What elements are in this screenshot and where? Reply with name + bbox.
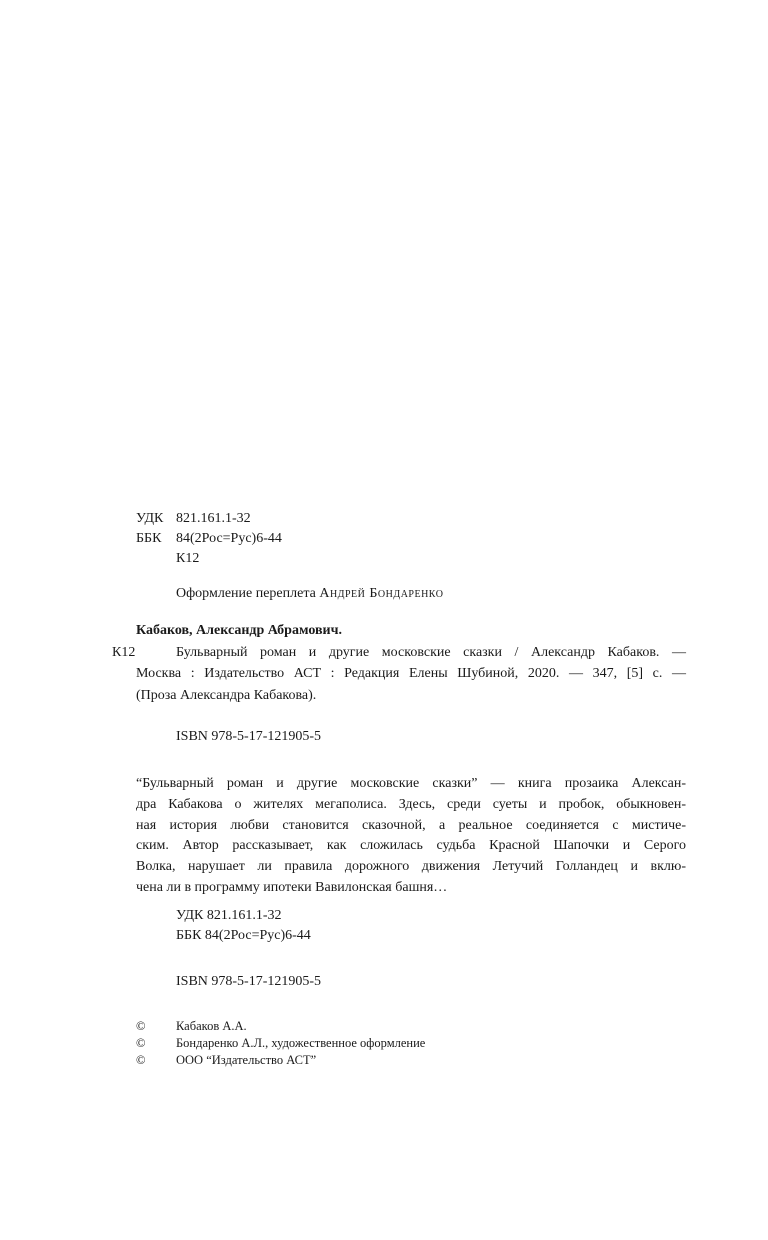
udk-label: УДК — [136, 509, 176, 529]
biblio-line-3: (Проза Александра Кабакова). — [136, 685, 686, 707]
cover-designer-name: Андрей Бондаренко — [319, 586, 443, 601]
udk-line: УДК821.161.1-32 — [136, 509, 251, 529]
annotation-line-2: дра Кабакова о жителях мегаполиса. Здесь… — [136, 795, 686, 816]
bbk-value: 84(2Рос=Рус)6-44 — [176, 531, 282, 546]
bbk-line: ББК84(2Рос=Рус)6-44 — [136, 529, 282, 549]
margin-author-mark: К12 — [112, 642, 135, 664]
cover-design-credit: Оформление переплета Андрей Бондаренко — [176, 584, 443, 604]
footer-udk: УДК 821.161.1-32 — [176, 906, 282, 926]
isbn-record: ISBN 978-5-17-121905-5 — [176, 727, 321, 747]
annotation-line-3: ная история любви становится сказочной, … — [136, 816, 686, 837]
copyright-holder: ООО “Издательство АСТ” — [176, 1051, 316, 1070]
footer-bbk: ББК 84(2Рос=Рус)6-44 — [176, 926, 311, 946]
author-heading: Кабаков, Александр Абрамович. — [136, 620, 686, 642]
biblio-line-1: Бульварный роман и другие московские ска… — [136, 642, 686, 664]
annotation-paragraph: “Бульварный роман и другие московские ск… — [136, 774, 686, 899]
annotation-line-1: “Бульварный роман и другие московские ск… — [136, 774, 686, 795]
cover-design-prefix: Оформление переплета — [176, 586, 319, 601]
biblio-line-2: Москва : Издательство АСТ : Редакция Еле… — [136, 663, 686, 685]
bibliographic-record: Кабаков, Александр Абрамович. Бульварный… — [136, 620, 686, 706]
annotation-line-5: Волка, нарушает ли правила дорожного дви… — [136, 857, 686, 878]
copyright-icon: © — [136, 1051, 146, 1070]
annotation-line-4: ским. Автор рассказывает, как сложилась … — [136, 836, 686, 857]
footer-isbn: ISBN 978-5-17-121905-5 — [176, 972, 321, 992]
annotation-line-6: чена ли в программу ипотеки Вавилонская … — [136, 878, 686, 899]
udk-value: 821.161.1-32 — [176, 511, 251, 526]
author-mark: К12 — [176, 549, 199, 569]
bbk-label: ББК — [136, 529, 176, 549]
